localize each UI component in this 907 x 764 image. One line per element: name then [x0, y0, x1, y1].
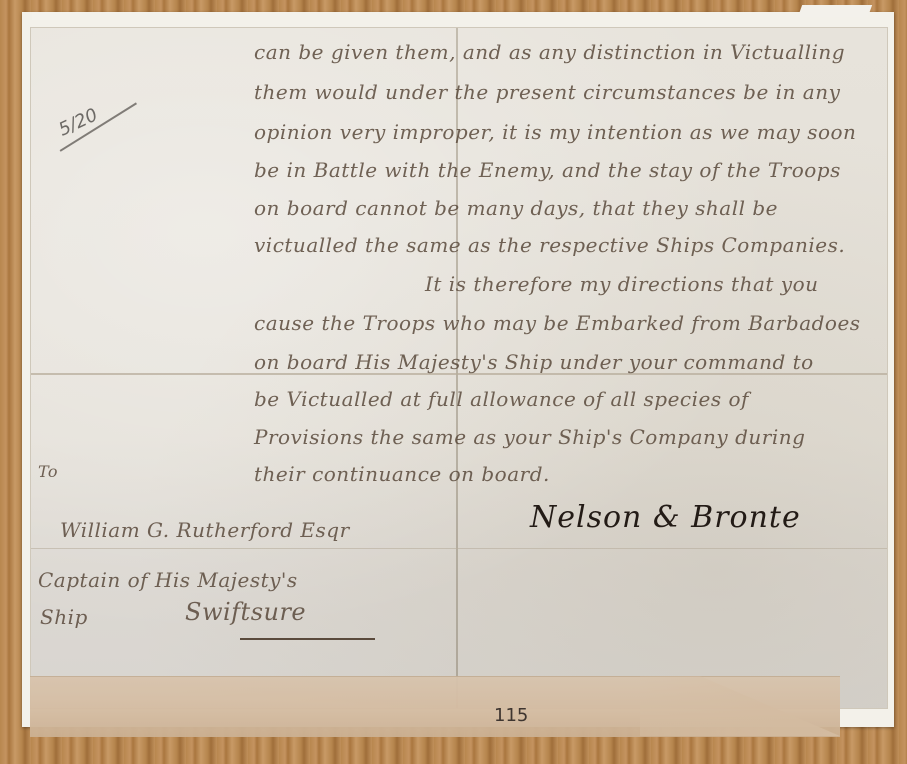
horizontal-fold-line-lower — [31, 548, 887, 549]
body-line-12: their continuance on board. — [254, 462, 550, 486]
addressee-to: To — [38, 462, 58, 481]
body-line-9: on board His Majesty's Ship under your c… — [254, 350, 814, 374]
body-line-2: them would under the present circumstanc… — [254, 80, 840, 104]
backing-tab-left — [32, 12, 70, 20]
body-line-4: be in Battle with the Enemy, and the sta… — [254, 158, 841, 182]
body-line-11: Provisions the same as your Ship's Compa… — [254, 425, 805, 449]
body-line-8: cause the Troops who may be Embarked fro… — [254, 311, 861, 335]
body-line-10: be Victualled at full allowance of all s… — [254, 387, 749, 411]
backing-tab-right — [798, 5, 872, 17]
signature: Nelson & Bronte — [530, 500, 801, 535]
body-line-5: on board cannot be many days, that they … — [254, 196, 778, 220]
body-line-7: It is therefore my directions that you — [425, 272, 819, 296]
ship-name-underline — [240, 638, 375, 640]
body-line-3: opinion very improper, it is my intentio… — [254, 120, 856, 144]
addressee-title: Captain of His Majesty's — [38, 568, 298, 592]
tape-annotation: 115 — [494, 705, 528, 726]
addressee-name: William G. Rutherford Esqr — [60, 518, 350, 542]
body-line-6: victualled the same as the respective Sh… — [254, 233, 845, 257]
addressee-ship-name: Swiftsure — [185, 598, 306, 626]
addressee-ship-label: Ship — [40, 605, 88, 629]
body-line-1: can be given them, and as any distinctio… — [254, 40, 845, 64]
